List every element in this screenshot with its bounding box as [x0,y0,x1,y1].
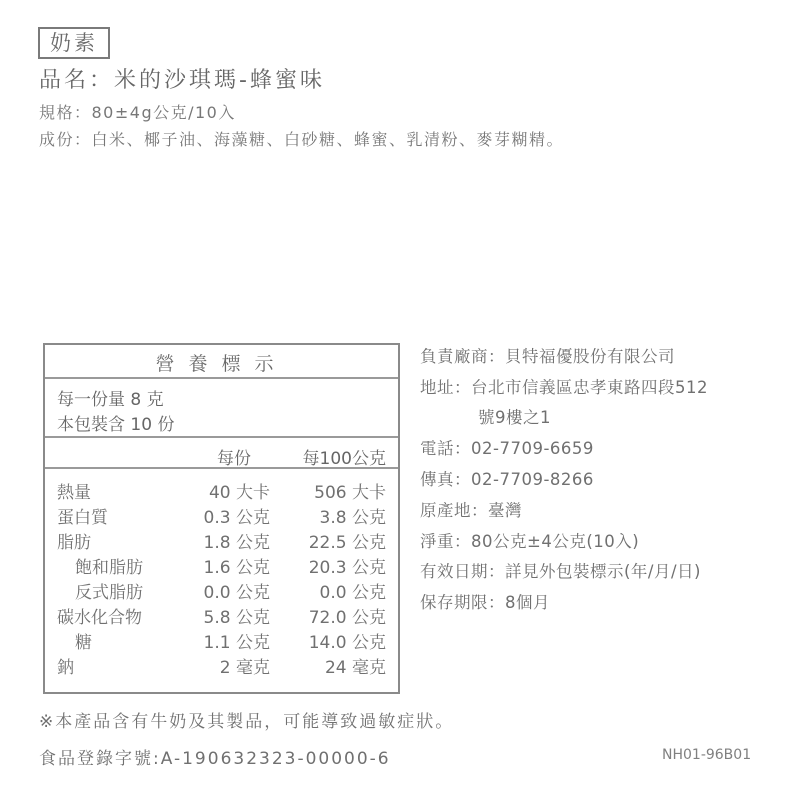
servings-per-package: 本包裝含 10 份 [57,410,174,435]
allergy-warning: ※本產品含有牛奶及其製品，可能導致過敏症狀。 [39,707,454,732]
nutrient-per-100g: 20.3 公克 [309,553,386,578]
address-line1: 地址：台北市信義區忠孝東路四段512 [420,374,708,398]
origin: 原產地：臺灣 [420,497,522,521]
divider [45,467,398,469]
nutrient-per-serving: 1.8 公克 [204,528,270,553]
manufacturer: 負責廠商：貝特福優股份有限公司 [420,343,675,367]
nutrient-per-100g: 3.8 公克 [320,503,386,528]
expiry-date: 有效日期：詳見外包裝標示(年/月/日) [420,558,701,582]
product-spec: 規格：80±4g公克/10入 [39,100,236,123]
nutrient-name: 蛋白質 [57,503,108,528]
nutrient-row-fat: 脂肪 1.8 公克 22.5 公克 [45,528,398,552]
nutrient-name: 飽和脂肪 [75,553,143,578]
product-ingredients: 成份：白米、椰子油、海藻糖、白砂糖、蜂蜜、乳清粉、麥芽糊精。 [39,127,564,150]
nutrient-name: 鈉 [57,653,74,678]
col-header-per-100g: 每100公克 [303,444,386,469]
net-weight: 淨重：80公克±4公克(10入) [420,528,639,552]
nutrient-name: 熱量 [57,478,91,503]
divider [45,436,398,438]
nutrient-name: 脂肪 [57,528,91,553]
nutrient-per-serving: 2 毫克 [220,653,270,678]
nutrition-title: 營養標示 [45,349,398,376]
nutrient-row-carbohydrate: 碳水化合物 5.8 公克 72.0 公克 [45,603,398,627]
nutrient-per-serving: 1.6 公克 [204,553,270,578]
nutrient-per-serving: 0.0 公克 [204,578,270,603]
divider [45,377,398,379]
nutrient-per-100g: 14.0 公克 [309,628,386,653]
nutrient-per-serving: 0.3 公克 [204,503,270,528]
nutrient-row-saturated-fat: 飽和脂肪 1.6 公克 20.3 公克 [45,553,398,577]
nutrient-row-protein: 蛋白質 0.3 公克 3.8 公克 [45,503,398,527]
nutrient-per-100g: 506 大卡 [314,478,386,503]
nutrient-row-sodium: 鈉 2 毫克 24 毫克 [45,653,398,677]
shelf-life: 保存期限：8個月 [420,589,550,613]
product-name: 品名：米的沙琪瑪-蜂蜜味 [39,63,325,94]
nutrition-facts-table: 營養標示 每一份量 8 克 本包裝含 10 份 每份 每100公克 熱量 40 … [43,343,400,694]
fax: 傳真：02-7709-8266 [420,466,594,490]
nutrient-name: 反式脂肪 [75,578,143,603]
nutrient-per-serving: 1.1 公克 [204,628,270,653]
nutrient-per-100g: 72.0 公克 [309,603,386,628]
nutrient-row-sugar: 糖 1.1 公克 14.0 公克 [45,628,398,652]
nutrient-per-serving: 5.8 公克 [204,603,270,628]
diet-type-badge: 奶素 [38,27,110,59]
address-line2: 號9樓之1 [478,404,551,428]
nutrient-row-energy: 熱量 40 大卡 506 大卡 [45,478,398,502]
nutrient-per-100g: 22.5 公克 [309,528,386,553]
food-registration-number: 食品登錄字號:A-190632323-00000-6 [39,744,391,769]
col-header-per-serving: 每份 [217,444,251,469]
nutrient-per-100g: 0.0 公克 [320,578,386,603]
nutrient-name: 碳水化合物 [57,603,142,628]
phone: 電話：02-7709-6659 [420,435,594,459]
nutrient-per-serving: 40 大卡 [209,478,270,503]
nutrient-row-trans-fat: 反式脂肪 0.0 公克 0.0 公克 [45,578,398,602]
nutrient-name: 糖 [75,628,92,653]
serving-size: 每一份量 8 克 [57,385,164,410]
product-code: NH01-96B01 [662,747,751,763]
nutrient-per-100g: 24 毫克 [325,653,386,678]
